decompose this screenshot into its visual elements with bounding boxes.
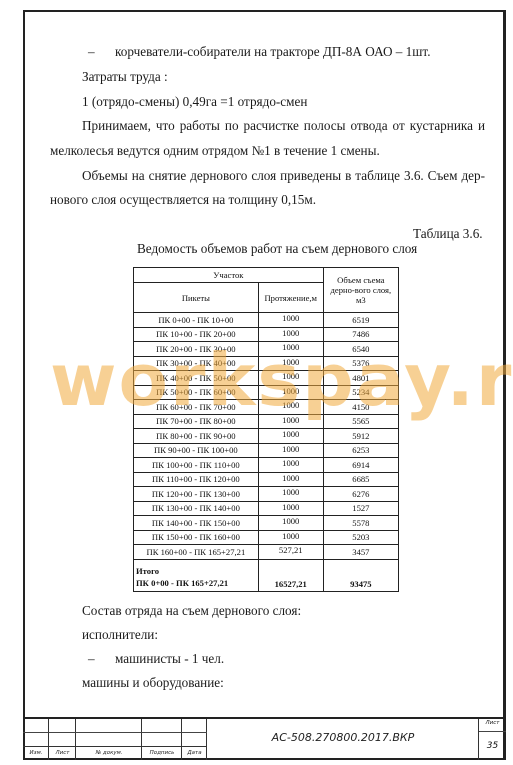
sheet-label: Лист [479, 720, 506, 726]
label-change: Изм. [23, 750, 49, 756]
cell-length: 1000 [258, 400, 323, 415]
sheet-number: 35 [479, 741, 506, 751]
total-volume: 93475 [323, 559, 398, 591]
table-row: ПК 60+00 - ПК 70+0010004150 [134, 400, 399, 415]
list-dash: – [88, 651, 95, 667]
equipment-line: корчеватели-собиратели на тракторе ДП-8А… [115, 44, 431, 60]
total-title: Итого [136, 565, 256, 577]
cell-pickets: ПК 160+00 - ПК 165+27,21 [134, 545, 259, 560]
cell-pickets: ПК 60+00 - ПК 70+00 [134, 400, 259, 415]
cell-length: 1000 [258, 501, 323, 516]
cell-pickets: ПК 90+00 - ПК 100+00 [134, 443, 259, 458]
cell-volume: 5234 [323, 385, 398, 400]
paragraph-1-line-2: мелколесья ведутся одним отрядом №1 в те… [50, 143, 380, 159]
title-block: Изм. Лист № докум. Подпись Дата АС-508.2… [23, 717, 506, 760]
cell-volume: 5565 [323, 414, 398, 429]
cell-length: 1000 [258, 530, 323, 545]
list-dash: – [88, 44, 95, 60]
table-row: ПК 140+00 - ПК 150+0010005578 [134, 516, 399, 531]
total-label: ИтогоПК 0+00 - ПК 165+27,21 [134, 559, 259, 591]
cell-volume: 6519 [323, 313, 398, 328]
paragraph-2-line-2: нового слоя осуществляется на толщину 0,… [50, 192, 316, 208]
operators-line: машинисты - 1 чел. [115, 651, 224, 667]
paragraph-1-line-1: Принимаем, что работы по расчистке полос… [82, 118, 485, 134]
table-row: ПК 100+00 - ПК 110+0010006914 [134, 458, 399, 473]
cell-volume: 4801 [323, 371, 398, 386]
volume-table: Участок Объем съема дерно-вого слоя, м3 … [133, 267, 399, 592]
cell-pickets: ПК 110+00 - ПК 120+00 [134, 472, 259, 487]
header-section: Участок [134, 268, 324, 283]
cell-length: 527,21 [258, 545, 323, 560]
total-length: 16527,21 [258, 559, 323, 591]
table-row: ПК 110+00 - ПК 120+0010006685 [134, 472, 399, 487]
labor-costs-heading: Затраты труда : [82, 69, 168, 85]
cell-length: 1000 [258, 429, 323, 444]
cell-length: 1000 [258, 414, 323, 429]
header-volume: Объем съема дерно-вого слоя, м3 [323, 268, 398, 313]
label-signature: Подпись [142, 750, 182, 756]
table-row: ПК 20+00 - ПК 30+0010006540 [134, 342, 399, 357]
cell-pickets: ПК 10+00 - ПК 20+00 [134, 327, 259, 342]
table-caption: Таблица 3.6. [413, 226, 483, 242]
table-row: ПК 30+00 - ПК 40+0010005376 [134, 356, 399, 371]
cell-length: 1000 [258, 327, 323, 342]
cell-pickets: ПК 40+00 - ПК 50+00 [134, 371, 259, 386]
document-code: АС-508.270800.2017.ВКР [207, 731, 479, 744]
cell-volume: 5578 [323, 516, 398, 531]
total-row: ИтогоПК 0+00 - ПК 165+27,2116527,2193475 [134, 559, 399, 591]
cell-pickets: ПК 100+00 - ПК 110+00 [134, 458, 259, 473]
team-composition-heading: Состав отряда на съем дернового слоя: [82, 603, 301, 619]
cell-pickets: ПК 140+00 - ПК 150+00 [134, 516, 259, 531]
cell-pickets: ПК 50+00 - ПК 60+00 [134, 385, 259, 400]
cell-volume: 6685 [323, 472, 398, 487]
cell-pickets: ПК 0+00 - ПК 10+00 [134, 313, 259, 328]
table-row: ПК 40+00 - ПК 50+0010004801 [134, 371, 399, 386]
cell-length: 1000 [258, 371, 323, 386]
header-length: Протяжение,м [258, 283, 323, 313]
cell-volume: 3457 [323, 545, 398, 560]
cell-volume: 5912 [323, 429, 398, 444]
cell-pickets: ПК 130+00 - ПК 140+00 [134, 501, 259, 516]
cell-length: 1000 [258, 313, 323, 328]
table-row: ПК 0+00 - ПК 10+0010006519 [134, 313, 399, 328]
table-row: ПК 10+00 - ПК 20+0010007486 [134, 327, 399, 342]
table-row: ПК 90+00 - ПК 100+0010006253 [134, 443, 399, 458]
table-row: ПК 80+00 - ПК 90+0010005912 [134, 429, 399, 444]
table-row: ПК 70+00 - ПК 80+0010005565 [134, 414, 399, 429]
table-row: ПК 160+00 - ПК 165+27,21527,213457 [134, 545, 399, 560]
label-sheet: Лист [49, 750, 76, 756]
label-date: Дата [182, 750, 207, 756]
table-row: ПК 50+00 - ПК 60+0010005234 [134, 385, 399, 400]
cell-length: 1000 [258, 487, 323, 502]
cell-length: 1000 [258, 342, 323, 357]
table-row: ПК 120+00 - ПК 130+0010006276 [134, 487, 399, 502]
cell-volume: 6914 [323, 458, 398, 473]
cell-pickets: ПК 70+00 - ПК 80+00 [134, 414, 259, 429]
table-row: ПК 130+00 - ПК 140+0010001527 [134, 501, 399, 516]
cell-volume: 5203 [323, 530, 398, 545]
cell-length: 1000 [258, 516, 323, 531]
cell-length: 1000 [258, 385, 323, 400]
header-pickets: Пикеты [134, 283, 259, 313]
table-title: Ведомость объемов работ на съем дерновог… [137, 241, 417, 257]
labor-costs-value: 1 (отрядо-смены) 0,49га =1 отрядо-смен [82, 94, 307, 110]
total-range: ПК 0+00 - ПК 165+27,21 [136, 577, 256, 589]
table-row: ПК 150+00 - ПК 160+0010005203 [134, 530, 399, 545]
cell-volume: 7486 [323, 327, 398, 342]
paragraph-2-line-1: Объемы на снятие дернового слоя приведен… [82, 168, 485, 184]
cell-pickets: ПК 80+00 - ПК 90+00 [134, 429, 259, 444]
cell-volume: 6540 [323, 342, 398, 357]
cell-volume: 5376 [323, 356, 398, 371]
performers-label: исполнители: [82, 627, 158, 643]
cell-length: 1000 [258, 356, 323, 371]
cell-pickets: ПК 30+00 - ПК 40+00 [134, 356, 259, 371]
cell-pickets: ПК 20+00 - ПК 30+00 [134, 342, 259, 357]
cell-volume: 1527 [323, 501, 398, 516]
cell-length: 1000 [258, 472, 323, 487]
cell-volume: 6253 [323, 443, 398, 458]
cell-length: 1000 [258, 458, 323, 473]
cell-length: 1000 [258, 443, 323, 458]
cell-pickets: ПК 120+00 - ПК 130+00 [134, 487, 259, 502]
cell-volume: 6276 [323, 487, 398, 502]
label-doc-number: № докум. [76, 750, 142, 756]
cell-pickets: ПК 150+00 - ПК 160+00 [134, 530, 259, 545]
machines-label: машины и оборудование: [82, 675, 224, 691]
cell-volume: 4150 [323, 400, 398, 415]
